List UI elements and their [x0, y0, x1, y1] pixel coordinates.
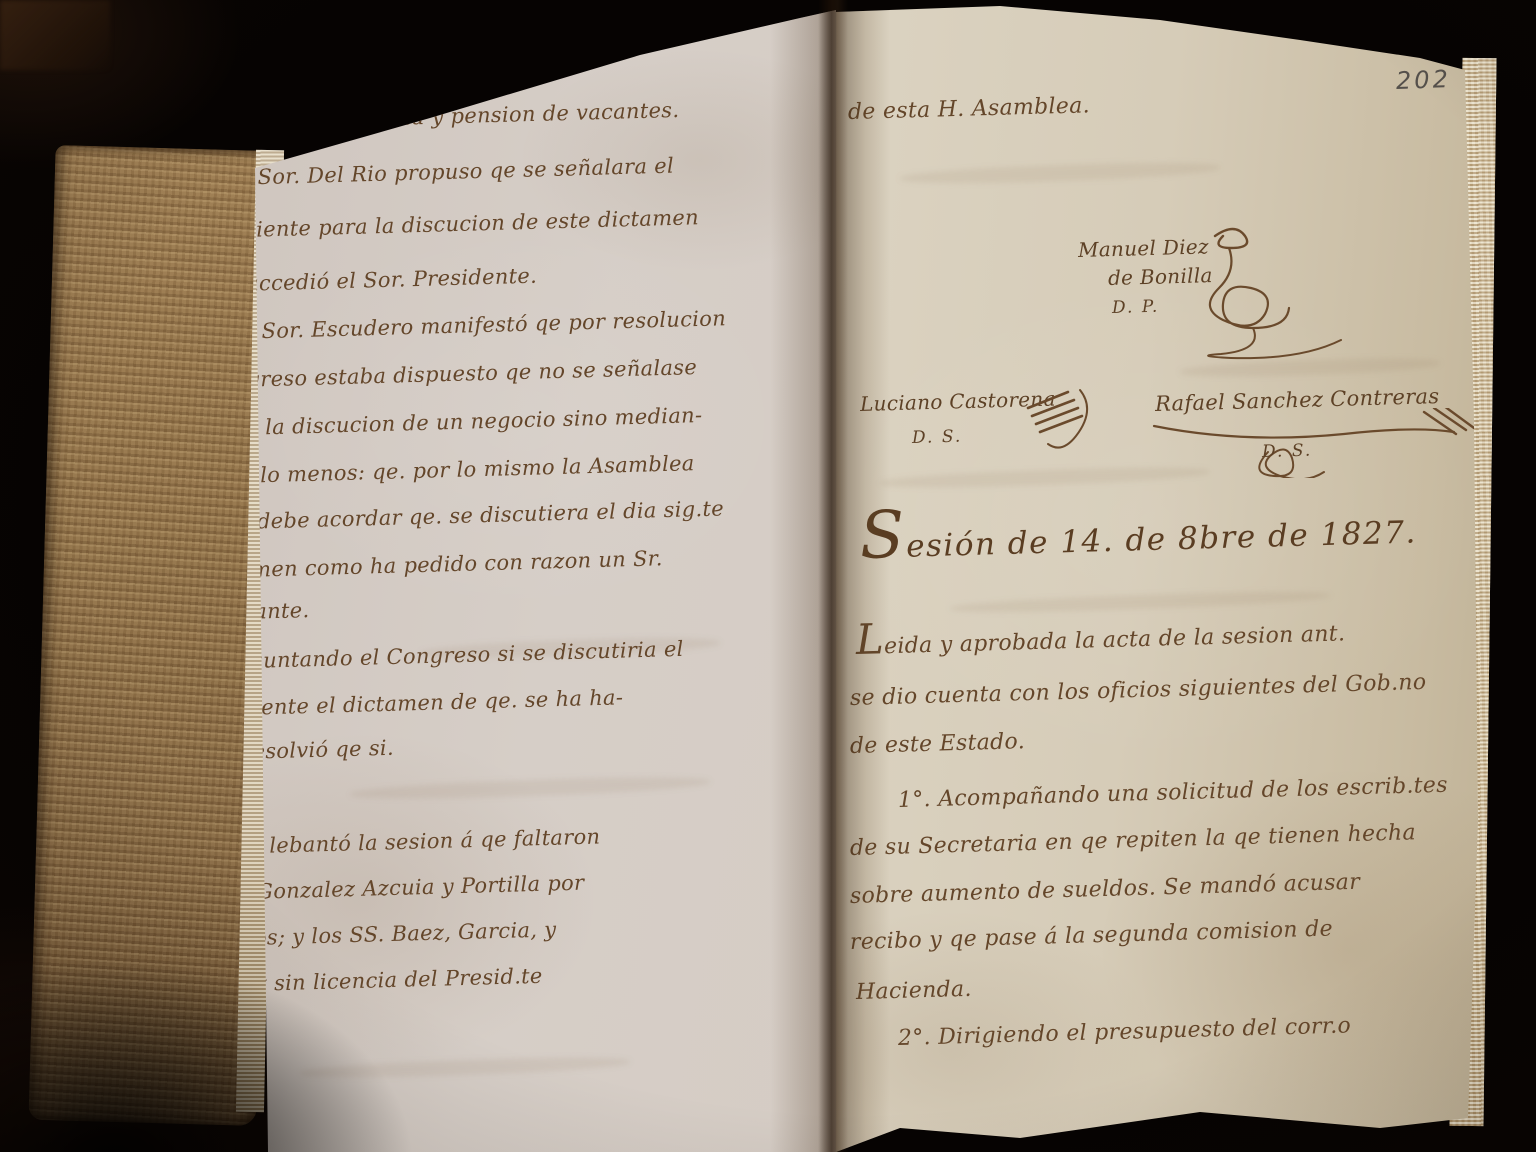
show-through-texture: [350, 774, 710, 803]
manuscript-line: recibo y qe pase á la segunda comision d…: [850, 917, 1334, 955]
president-signature-name: Manuel Diez: [1078, 234, 1209, 262]
page-number: 202: [1396, 65, 1452, 95]
book-gutter: [818, 0, 848, 1152]
show-through-texture: [900, 159, 1220, 186]
manuscript-line: de este Estado.: [850, 729, 1026, 759]
rubric-hatch-icon: [1022, 382, 1102, 452]
manuscript-line: El Sor. Escudero manifestó qe por resolu…: [232, 306, 727, 344]
show-through-texture: [300, 1054, 630, 1081]
manuscript-line: se dio cuenta con los oficios siguientes…: [850, 670, 1427, 711]
manuscript-line: Hacienda.: [856, 977, 972, 1005]
show-through-texture: [950, 588, 1330, 615]
president-signature-title: D. P.: [1112, 297, 1160, 318]
manuscript-line: sobre aumento de sueldos. Se mandó acusa…: [850, 870, 1361, 909]
rubric-underline-icon: [1148, 408, 1478, 478]
manuscript-line: El Sor. Del Rio propuso qe se señalara e…: [228, 154, 675, 190]
secretary-signature-title: D. S.: [912, 427, 963, 448]
rubric-flourish-icon: [1195, 222, 1375, 362]
manuscript-line: la contribucion directa y pension de vac…: [175, 98, 680, 136]
manuscript-line: 1°. Acompañando una solicitud de los esc…: [898, 773, 1448, 813]
secretary-signature-title: D. S.: [1262, 441, 1313, 462]
manuscript-photo: la contribucion directa y pension de vac…: [0, 0, 1536, 1152]
manuscript-line: 2°. Dirigiendo el presupuesto del corr.o: [898, 1013, 1352, 1051]
manuscript-line: Preguntando el Congreso si se discutiria…: [212, 637, 684, 674]
manuscript-line: Leida y aprobada la acta de la sesion an…: [856, 618, 1346, 660]
continuation-line: de esta H. Asamblea.: [848, 93, 1091, 125]
manuscript-line: de su Secretaria en qe repiten la qe tie…: [850, 820, 1417, 861]
manuscript-line: Se lebantó la sesion á qe faltaron: [222, 823, 601, 859]
session-heading: Sesión de 14. de 8bre de 1827.: [859, 508, 1417, 566]
book-binding-corner: [0, 0, 110, 70]
